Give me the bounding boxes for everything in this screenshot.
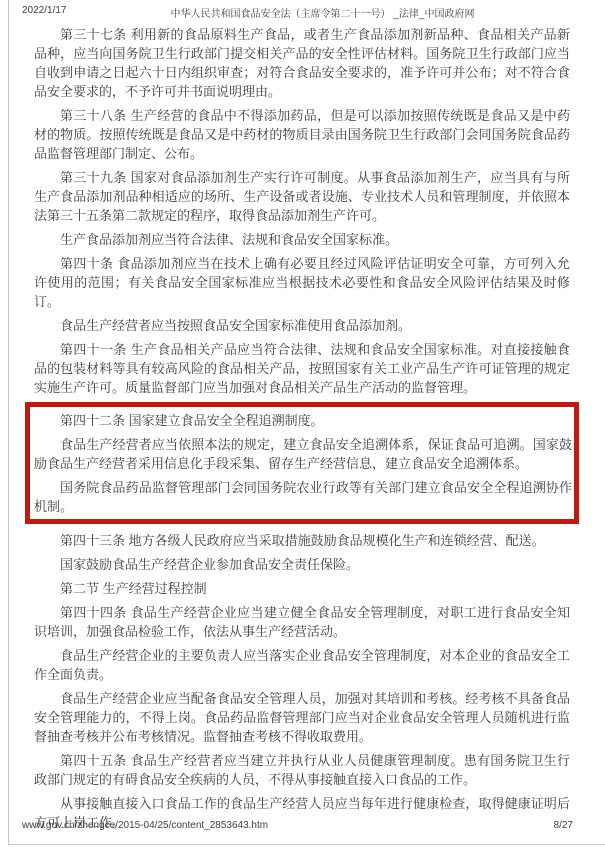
paragraph-article-43-clause: 国家鼓励食品生产经营企业参加食品安全责任保险。 — [34, 555, 570, 574]
highlight-box-article-42: 第四十二条 国家建立食品安全全程追溯制度。 食品生产经营者应当依照本法的规定，建… — [25, 402, 579, 524]
page-edge-bottom-line — [8, 844, 605, 845]
paragraph-article-39: 第三十九条 国家对食品添加剂生产实行许可制度。从事食品添加剂生产，应当具有与所生… — [34, 168, 570, 225]
paragraph-article-40: 第四十条 食品添加剂应当在技术上确有必要且经过风险评估证明安全可靠，方可列入允许… — [34, 254, 570, 311]
document-title: 中华人民共和国食品安全法（主席令第二十一号） _法律_中国政府网 — [60, 5, 585, 20]
print-footer: www.gov.cn/zhengce/2015-04/25/content_28… — [0, 820, 605, 834]
page-edge-left-line — [8, 0, 9, 845]
paragraph-article-39-clause: 生产食品添加剂应当符合法律、法规和食品安全国家标准。 — [34, 230, 570, 249]
paragraph-article-42-clause-3: 国务院食品药品监督管理部门会同国务院农业行政等有关部门建立食品安全全程追溯协作机… — [34, 478, 572, 516]
paragraph-article-44-clause-3: 食品生产经营企业应当配备食品安全管理人员，加强对其培训和考核。经考核不具备食品安… — [34, 689, 570, 746]
paragraph-article-43: 第四十三条 地方各级人民政府应当采取措施鼓励食品规模化生产和连锁经营、配送。 — [34, 531, 570, 550]
paragraph-article-41: 第四十一条 生产食品相关产品应当符合法律、法规和食品安全国家标准。对直接接触食品… — [34, 340, 570, 397]
source-url: www.gov.cn/zhengce/2015-04/25/content_28… — [22, 820, 268, 831]
paragraph-article-37: 第三十七条 利用新的食品原料生产食品，或者生产食品添加剂新品种、食品相关产品新品… — [34, 25, 570, 101]
paragraph-article-45: 第四十五条 食品生产经营者应当建立并执行从业人员健康管理制度。患有国务院卫生行政… — [34, 751, 570, 789]
paragraph-article-40-clause: 食品生产经营者应当按照食品安全国家标准使用食品添加剂。 — [34, 316, 570, 335]
section-heading-2: 第二节 生产经营过程控制 — [34, 579, 570, 598]
paragraph-article-42: 第四十二条 国家建立食品安全全程追溯制度。 — [34, 411, 572, 430]
page-number: 8/27 — [554, 820, 573, 831]
print-header: 2022/1/17 中华人民共和国食品安全法（主席令第二十一号） _法律_中国政… — [0, 5, 605, 19]
paragraph-article-44-clause-2: 食品生产经营企业的主要负责人应当落实企业食品安全管理制度，对本企业的食品安全工作… — [34, 646, 570, 684]
print-preview-page: 2022/1/17 中华人民共和国食品安全法（主席令第二十一号） _法律_中国政… — [0, 0, 605, 850]
paragraph-article-42-clause-2: 食品生产经营者应当依照本法的规定，建立食品安全追溯体系，保证食品可追溯。国家鼓励… — [34, 435, 572, 473]
paragraph-article-38: 第三十八条 生产经营的食品中不得添加药品，但是可以添加按照传统既是食品又是中药材… — [34, 106, 570, 163]
paragraph-article-44: 第四十四条 食品生产经营企业应当建立健全食品安全管理制度，对职工进行食品安全知识… — [34, 603, 570, 641]
document-body: 第三十七条 利用新的食品原料生产食品，或者生产食品添加剂新品种、食品相关产品新品… — [34, 25, 570, 837]
